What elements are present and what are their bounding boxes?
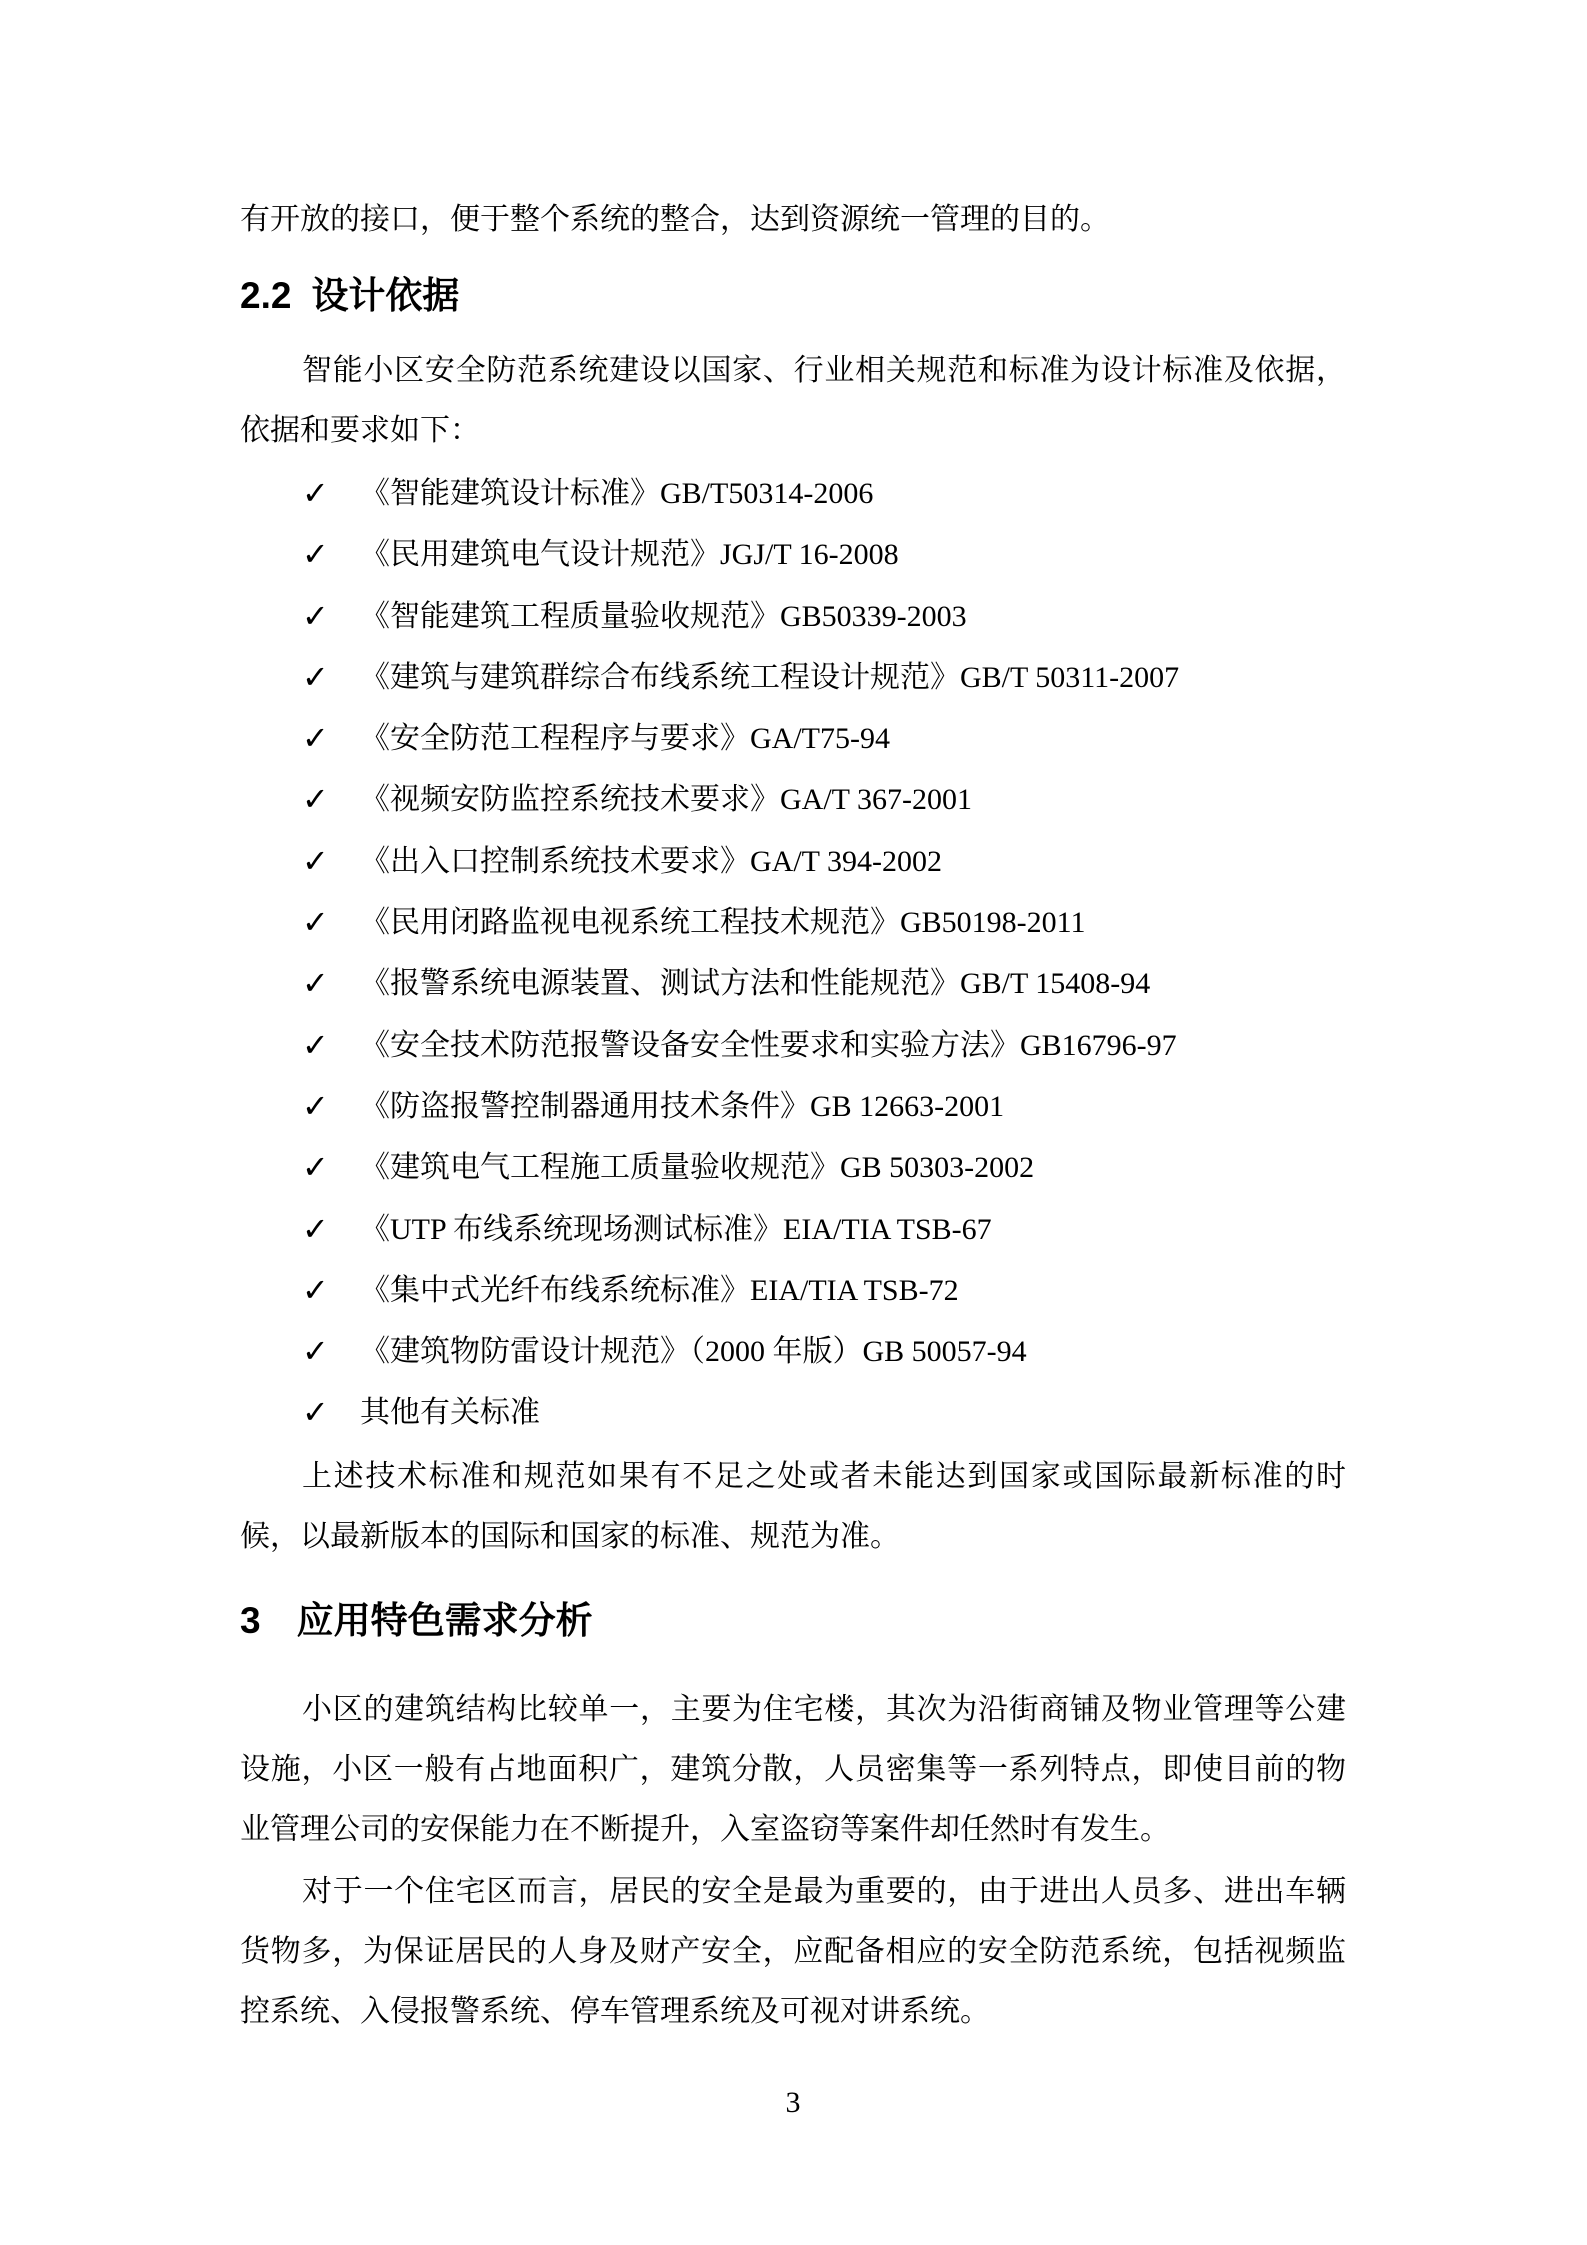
standards-list-item-text: 《民用建筑电气设计规范》JGJ/T 16-2008 [360,538,899,571]
section-3-paragraph-1: 小区的建筑结构比较单一，主要为住宅楼，其次为沿街商铺及物业管理等公建设施，小区一… [240,1680,1346,1860]
standards-list-item-text: 《建筑与建筑群综合布线系统工程设计规范》GB/T 50311-2007 [360,661,1179,694]
checkmark-icon: ✓ [302,1137,329,1198]
page-number: 3 [240,2073,1346,2133]
checkmark-icon: ✓ [302,524,329,585]
standards-list-item: ✓ 《智能建筑工程质量验收规范》GB50339-2003 [240,586,1346,647]
standards-list-item-text: 《集中式光纤布线系统标准》EIA/TIA TSB-72 [360,1274,959,1307]
standards-list-item-text: 《安全技术防范报警设备安全性要求和实验方法》GB16796-97 [360,1029,1177,1062]
checkmark-icon: ✓ [302,953,329,1014]
standards-list-item: ✓ 《安全技术防范报警设备安全性要求和实验方法》GB16796-97 [240,1015,1346,1076]
checkmark-icon: ✓ [302,831,329,892]
standards-list-item-text: 《报警系统电源装置、测试方法和性能规范》GB/T 15408-94 [360,967,1150,1000]
standards-list-item: ✓ 《建筑与建筑群综合布线系统工程设计规范》GB/T 50311-2007 [240,647,1346,708]
document-page: 有开放的接口，便于整个系统的整合，达到资源统一管理的目的。 2.2设计依据 智能… [0,0,1587,2245]
standards-list-item: ✓ 其他有关标准 [240,1382,1346,1443]
design-basis-intro-paragraph: 智能小区安全防范系统建设以国家、行业相关规范和标准为设计标准及依据，依据和要求如… [240,341,1346,461]
standards-list-item: ✓ 《集中式光纤布线系统标准》EIA/TIA TSB-72 [240,1260,1346,1321]
standards-list-item-text: 《建筑物防雷设计规范》（2000 年版）GB 50057-94 [360,1335,1027,1368]
checkmark-icon: ✓ [302,1382,329,1443]
section-2-2-title: 设计依据 [311,275,459,316]
checkmark-icon: ✓ [302,463,329,524]
checkmark-icon: ✓ [302,586,329,647]
standards-list-item-text: 《防盗报警控制器通用技术条件》GB 12663-2001 [360,1090,1004,1123]
section-2-2-number: 2.2 [240,275,291,316]
standards-list: ✓ 《智能建筑设计标准》GB/T50314-2006 ✓ 《民用建筑电气设计规范… [240,463,1346,1444]
section-3-number: 3 [240,1600,261,1641]
standards-list-item-text: 《智能建筑工程质量验收规范》GB50339-2003 [360,600,967,633]
standards-closing-paragraph: 上述技术标准和规范如果有不足之处或者未能达到国家或国际最新标准的时候，以最新版本… [240,1447,1346,1567]
standards-list-item-text: 《出入口控制系统技术要求》GA/T 394-2002 [360,845,942,878]
standards-list-item: ✓ 《建筑电气工程施工质量验收规范》GB 50303-2002 [240,1137,1346,1198]
checkmark-icon: ✓ [302,1015,329,1076]
standards-list-item-text: 《UTP 布线系统现场测试标准》EIA/TIA TSB-67 [360,1213,992,1246]
standards-list-item: ✓ 《民用建筑电气设计规范》JGJ/T 16-2008 [240,524,1346,585]
standards-list-item: ✓ 《出入口控制系统技术要求》GA/T 394-2002 [240,831,1346,892]
section-3-title: 应用特色需求分析 [297,1600,593,1641]
standards-list-item-text: 其他有关标准 [360,1396,540,1429]
standards-list-item: ✓ 《建筑物防雷设计规范》（2000 年版）GB 50057-94 [240,1321,1346,1382]
standards-list-item: ✓ 《智能建筑设计标准》GB/T50314-2006 [240,463,1346,524]
checkmark-icon: ✓ [302,1199,329,1260]
standards-list-item: ✓ 《视频安防监控系统技术要求》GA/T 367-2001 [240,769,1346,830]
standards-list-item: ✓ 《报警系统电源装置、测试方法和性能规范》GB/T 15408-94 [240,953,1346,1014]
standards-list-item: ✓ 《UTP 布线系统现场测试标准》EIA/TIA TSB-67 [240,1199,1346,1260]
checkmark-icon: ✓ [302,1321,329,1382]
continuation-paragraph: 有开放的接口，便于整个系统的整合，达到资源统一管理的目的。 [240,190,1346,250]
checkmark-icon: ✓ [302,1260,329,1321]
standards-list-item-text: 《安全防范工程程序与要求》GA/T75-94 [360,722,890,755]
section-3-heading: 3应用特色需求分析 [240,1596,1346,1646]
standards-list-item-text: 《视频安防监控系统技术要求》GA/T 367-2001 [360,783,972,816]
standards-list-item: ✓ 《民用闭路监视电视系统工程技术规范》GB50198-2011 [240,892,1346,953]
section-2-2-heading: 2.2设计依据 [240,271,1346,321]
standards-list-item-text: 《建筑电气工程施工质量验收规范》GB 50303-2002 [360,1151,1034,1184]
checkmark-icon: ✓ [302,769,329,830]
checkmark-icon: ✓ [302,708,329,769]
section-3-paragraph-2: 对于一个住宅区而言，居民的安全是最为重要的，由于进出人员多、进出车辆货物多，为保… [240,1862,1346,2042]
checkmark-icon: ✓ [302,1076,329,1137]
checkmark-icon: ✓ [302,892,329,953]
checkmark-icon: ✓ [302,647,329,708]
standards-list-item-text: 《民用闭路监视电视系统工程技术规范》GB50198-2011 [360,906,1086,939]
standards-list-item-text: 《智能建筑设计标准》GB/T50314-2006 [360,477,873,510]
standards-list-item: ✓ 《安全防范工程程序与要求》GA/T75-94 [240,708,1346,769]
standards-list-item: ✓ 《防盗报警控制器通用技术条件》GB 12663-2001 [240,1076,1346,1137]
